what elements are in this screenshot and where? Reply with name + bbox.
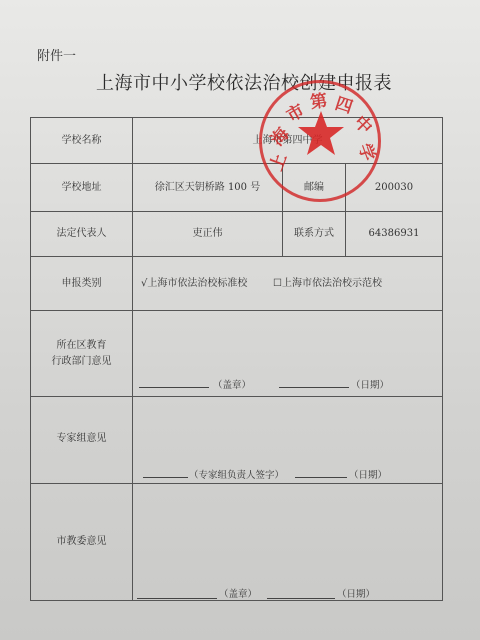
attachment-label: 附件一	[37, 45, 76, 64]
school-address-label: 学校地址	[31, 164, 133, 211]
contact-value: 64386931	[346, 212, 442, 256]
city-opinion-label: 市教委意见	[31, 484, 133, 600]
category-option-standard[interactable]: √上海市依法治校标准校	[141, 276, 247, 292]
expert-signature-line	[143, 477, 188, 478]
category-options: √上海市依法治校标准校 ☐上海市依法治校示范校	[133, 257, 442, 310]
postcode-label: 邮编	[283, 164, 346, 211]
city-date-label: （日期）	[337, 587, 375, 602]
category-label: 申报类别	[31, 257, 133, 310]
district-date-label: （日期）	[351, 378, 389, 393]
district-date-line	[279, 387, 349, 388]
row-category: 申报类别 √上海市依法治校标准校 ☐上海市依法治校示范校	[31, 257, 442, 311]
expert-opinion-label: 专家组意见	[31, 397, 133, 483]
school-address-value: 徐汇区天钥桥路 100 号	[133, 164, 283, 211]
city-date-line	[267, 598, 335, 599]
row-expert-opinion: 专家组意见 （专家组负责人签字） （日期）	[31, 397, 442, 484]
school-name-value: 上海市第四中学	[133, 118, 442, 163]
row-city-opinion: 市教委意见 （盖章） （日期）	[31, 484, 442, 600]
legal-rep-value: 吏正伟	[133, 212, 283, 256]
expert-date-line	[295, 477, 347, 478]
row-legal-rep: 法定代表人 吏正伟 联系方式 64386931	[31, 212, 442, 257]
checkbox-empty-icon: ☐	[273, 278, 282, 289]
application-form-table: 学校名称 上海市第四中学 学校地址 徐汇区天钥桥路 100 号 邮编 20003…	[30, 117, 443, 601]
city-stamp-line	[137, 598, 217, 599]
category-option-model[interactable]: ☐上海市依法治校示范校	[273, 276, 382, 292]
row-school-name: 学校名称 上海市第四中学	[31, 118, 442, 164]
city-stamp-label: （盖章）	[219, 587, 257, 602]
legal-rep-label: 法定代表人	[31, 212, 133, 256]
row-school-address: 学校地址 徐汇区天钥桥路 100 号 邮编 200030	[31, 164, 442, 212]
school-name-label: 学校名称	[31, 118, 133, 163]
expert-signature-label: （专家组负责人签字）	[189, 468, 284, 483]
district-stamp-line	[139, 387, 209, 388]
expert-opinion-area[interactable]: （专家组负责人签字） （日期）	[133, 397, 442, 483]
district-opinion-label: 所在区教育 行政部门意见	[31, 311, 133, 396]
form-title: 上海市中小学校依法治校创建申报表	[96, 69, 392, 95]
row-district-opinion: 所在区教育 行政部门意见 （盖章） （日期）	[31, 311, 442, 397]
city-opinion-area[interactable]: （盖章） （日期）	[133, 484, 442, 600]
contact-label: 联系方式	[283, 212, 346, 256]
district-opinion-area[interactable]: （盖章） （日期）	[133, 311, 442, 396]
expert-date-label: （日期）	[349, 468, 387, 483]
postcode-value: 200030	[346, 164, 442, 211]
district-stamp-label: （盖章）	[213, 378, 251, 393]
